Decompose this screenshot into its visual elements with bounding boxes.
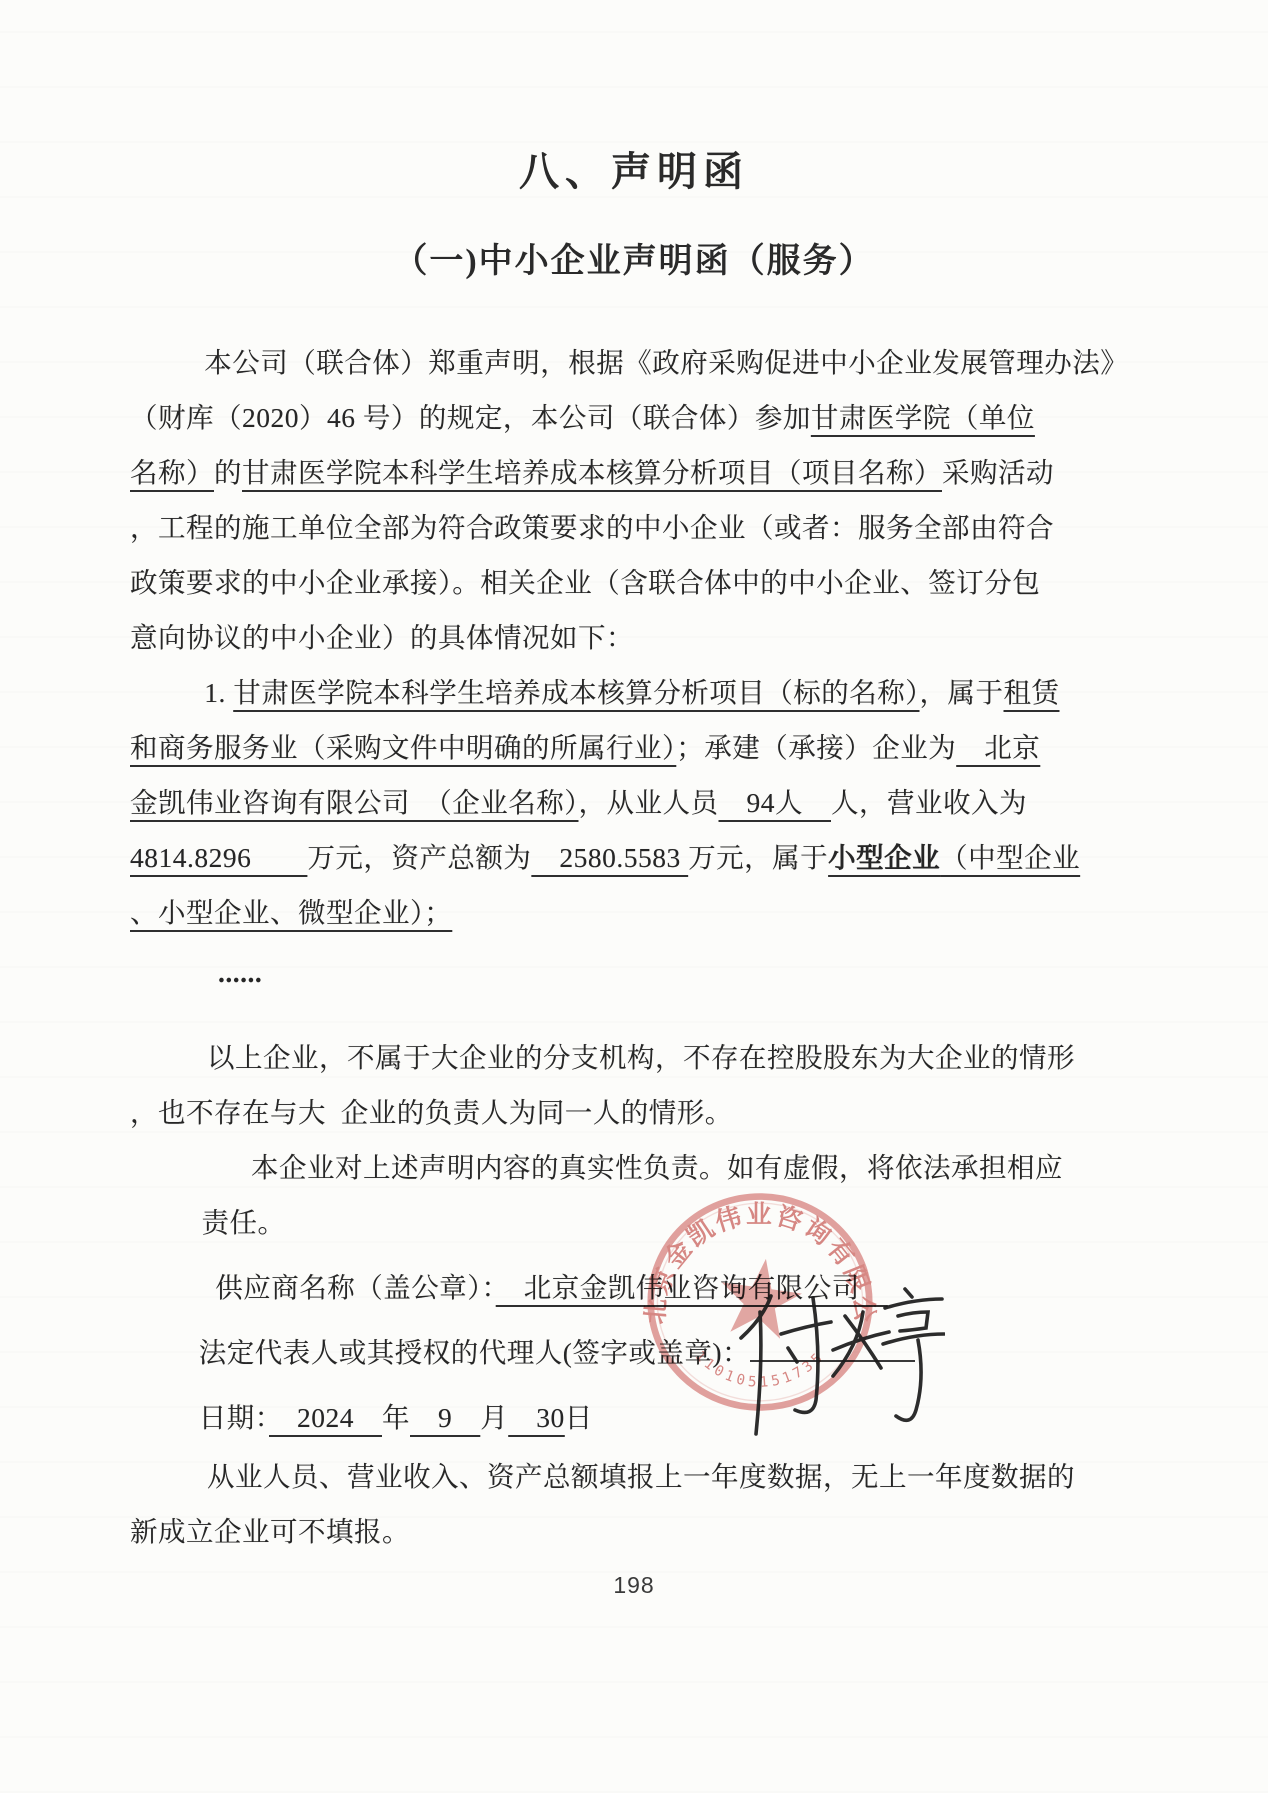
text-line: 金凯伟业咨询有限公司 （企业名称），从业人员 94人 人，营业收入为 xyxy=(130,775,1170,830)
text-line: （财库（2020）46 号）的规定，本公司（联合体）参加甘肃医学院（单位 xyxy=(130,390,1170,445)
text-line: ，工程的施工单位全部为符合政策要求的中小企业（或者：服务全部由符合 xyxy=(130,500,1170,555)
text-line: 意向协议的中小企业）的具体情况如下： xyxy=(130,610,1170,665)
text-line: 新成立企业可不填报。 xyxy=(130,1504,1170,1559)
text-line: 供应商名称（盖公章）： 北京金凯伟业咨询有限公司 xyxy=(130,1260,1170,1315)
document-subtitle: （一)中小企业声明函（服务） xyxy=(0,233,1268,282)
text-line: 从业人员、营业收入、资产总额填报上一年度数据，无上一年度数据的 xyxy=(130,1449,1170,1504)
text-line: 法定代表人或其授权的代理人(签字或盖章)： xyxy=(130,1322,1170,1377)
text-line: 以上企业，不属于大企业的分支机构，不存在控股股东为大企业的情形 xyxy=(130,1030,1170,1085)
text-line: 责任。 xyxy=(130,1195,1170,1250)
text-line: ...... xyxy=(130,945,1170,1000)
text-line: 、小型企业、微型企业）； xyxy=(130,885,1170,940)
text-line: 名称）的甘肃医学院本科学生培养成本核算分析项目（项目名称）采购活动 xyxy=(130,445,1170,500)
signature-underline xyxy=(750,1322,915,1362)
text-line: 政策要求的中小企业承接）。相关企业（含联合体中的中小企业、签订分包 xyxy=(130,555,1170,610)
text-line: 本公司（联合体）郑重声明，根据《政府采购促进中小企业发展管理办法》 xyxy=(130,335,1170,390)
text-line: ，也不存在与大 企业的负责人为同一人的情形。 xyxy=(130,1085,1170,1140)
text-line: 1. 甘肃医学院本科学生培养成本核算分析项目（标的名称），属于租赁 xyxy=(130,665,1170,720)
text-line: 和商务服务业（采购文件中明确的所属行业）；承建（承接）企业为 北京 xyxy=(130,720,1170,775)
text-line: 4814.8296 万元，资产总额为 2580.5583 万元，属于小型企业（中… xyxy=(130,830,1170,885)
document-body: 本公司（联合体）郑重声明，根据《政府采购促进中小企业发展管理办法》（财库（202… xyxy=(130,335,1170,1559)
text-line: 日期： 2024 年 9 月 30日 xyxy=(130,1390,1170,1445)
page-number: 198 xyxy=(0,1572,1268,1599)
document-title: 八、声明函 xyxy=(0,0,1268,197)
text-line: 本企业对上述声明内容的真实性负责。如有虚假，将依法承担相应 xyxy=(130,1140,1170,1195)
document-page: 八、声明函 （一)中小企业声明函（服务） 本公司（联合体）郑重声明，根据《政府采… xyxy=(0,0,1268,1793)
